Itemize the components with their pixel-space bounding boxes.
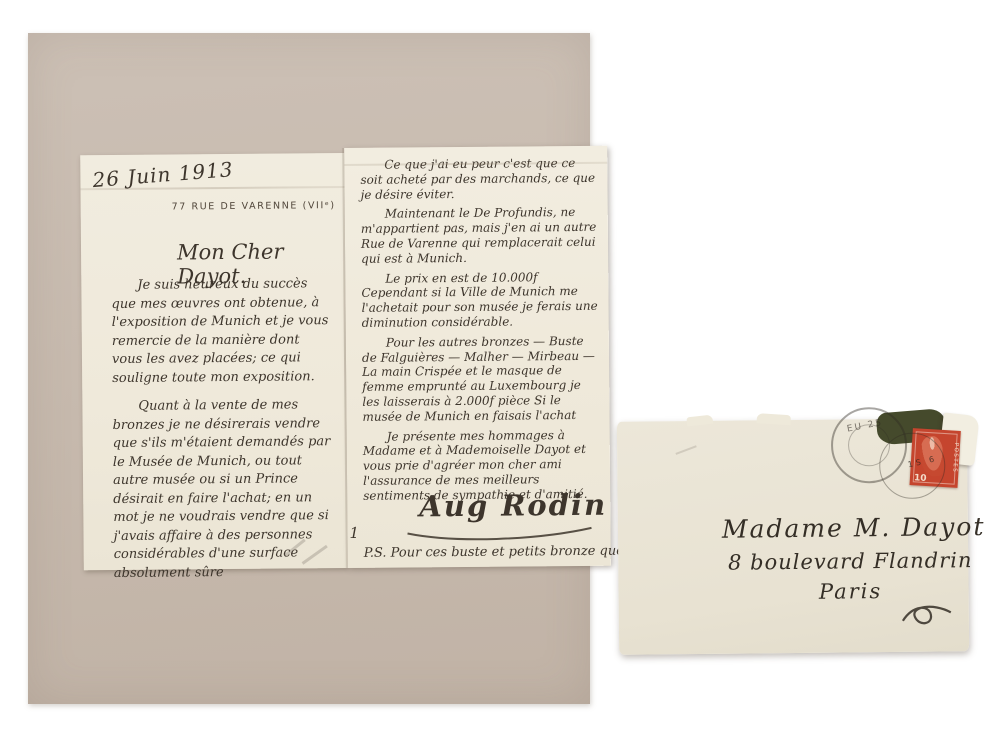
envelope-address: Madame M. Dayot 8 boulevard Flandrin Par… <box>722 512 979 605</box>
address-flourish <box>899 598 955 633</box>
signature-flourish <box>405 526 595 544</box>
postscript: P.S. Pour ces buste et petits bronze que <box>364 544 624 561</box>
postmark-circle <box>879 432 946 499</box>
address-line: 8 boulevard Flandrin <box>722 548 978 575</box>
page-mark: 1 <box>349 524 359 542</box>
envelope: EU 25 10 POSTES 1S 6 Madame M. Dayot 8 b… <box>617 418 969 655</box>
letter-page-2: Ce que j'ai eu peur c'est que ce soit ac… <box>344 146 611 568</box>
torn-edge <box>757 413 792 425</box>
letter-paragraph: Quant à la vente de mes bronzes je ne dé… <box>112 396 336 583</box>
salutation: Mon Cher Dayot. <box>177 239 345 288</box>
letter-paragraph: Je suis heureux du succès que mes œuvres… <box>111 275 334 388</box>
address-line: Madame M. Dayot <box>722 512 978 544</box>
letterhead: 77 RUE DE VARENNE (VIIᵉ) <box>169 200 339 212</box>
letter-paragraph: Maintenant le De Profundis, ne m'apparti… <box>361 205 599 266</box>
letter-paragraph: Le prix en est de 10.000f Cependant si l… <box>361 269 599 330</box>
letter-page-1: 26 Juin 1913 77 RUE DE VARENNE (VIIᵉ) Mo… <box>80 153 348 570</box>
torn-edge <box>686 415 713 427</box>
letter-paragraph: Pour les autres bronzes — Buste de Falgu… <box>362 334 600 425</box>
signature: Aug Rodin <box>419 488 607 524</box>
pencil-mark <box>675 445 696 455</box>
photo-canvas: 26 Juin 1913 77 RUE DE VARENNE (VIIᵉ) Mo… <box>0 0 1000 732</box>
letter-sheet: 26 Juin 1913 77 RUE DE VARENNE (VIIᵉ) Mo… <box>80 146 611 573</box>
